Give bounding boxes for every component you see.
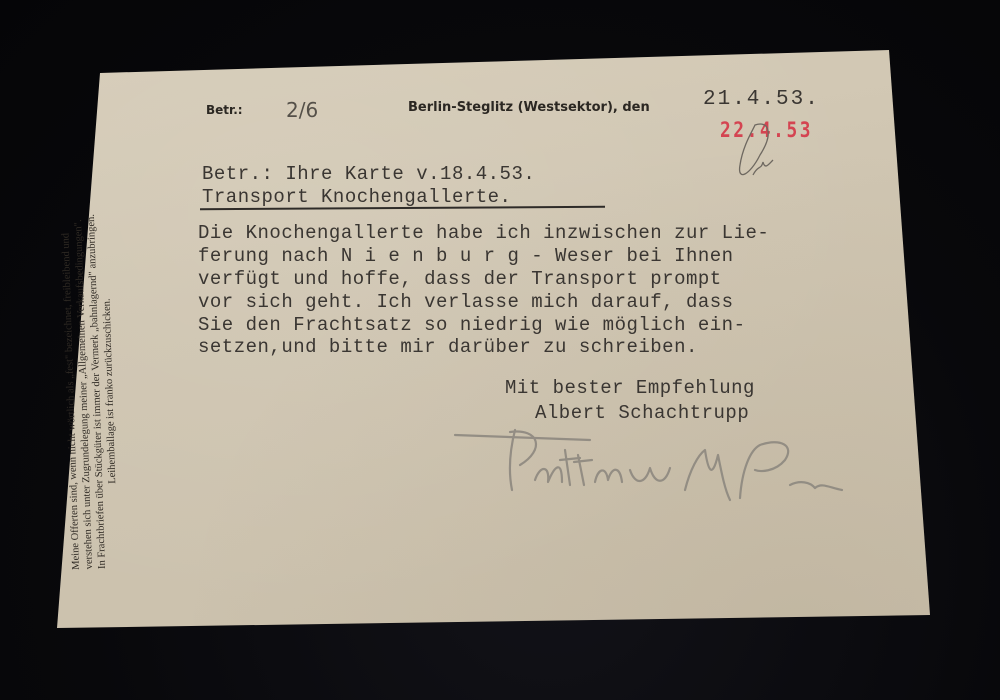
margin-terms: Meine Offerten sind, wenn nicht wörtlich…: [59, 213, 122, 570]
closing-greeting: Mit bester Empfehlung: [505, 377, 755, 399]
subject-title-line: Transport Knochengallerte.: [202, 186, 511, 208]
betr-label: Betr.:: [206, 103, 243, 117]
date-typed: 21.4.53.: [703, 88, 820, 111]
body-line-4: vor sich geht. Ich verlasse mich darauf,…: [198, 291, 734, 313]
reference-number: 2/6: [286, 98, 318, 122]
handwritten-signature: [450, 410, 870, 510]
body-line-2: ferung nach N i e n b u r g - Weser bei …: [198, 245, 734, 267]
place-line: Berlin-Steglitz (Westsektor), den: [408, 100, 650, 115]
body-line-3: verfügt und hoffe, dass der Transport pr…: [198, 268, 722, 290]
pencil-initial-mark: [725, 120, 795, 190]
body-line-5: Sie den Frachtsatz so niedrig wie möglic…: [198, 314, 746, 336]
body-line-1: Die Knochengallerte habe ich inzwischen …: [198, 222, 769, 244]
subject-reference-line: Betr.: Ihre Karte v.18.4.53.: [202, 163, 535, 185]
body-line-6: setzen,und bitte mir darüber zu schreibe…: [198, 336, 698, 358]
